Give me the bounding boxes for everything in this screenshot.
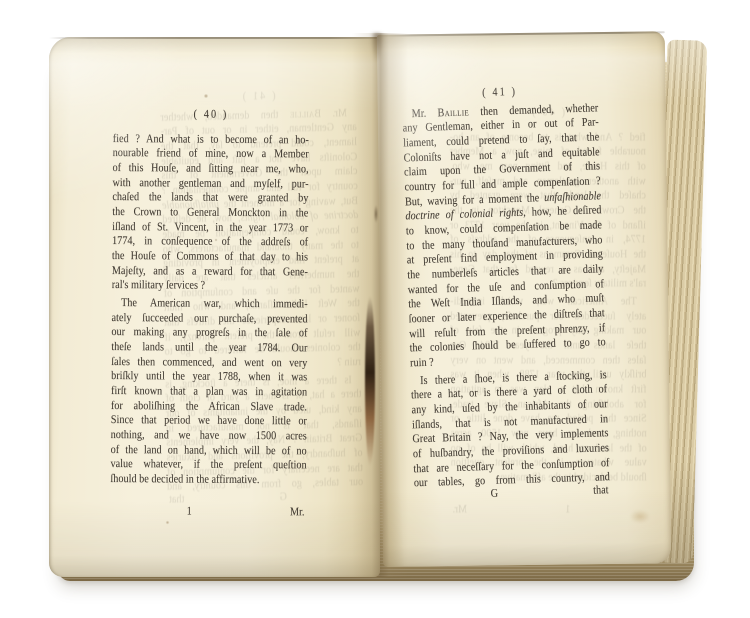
page-40-signature: 1 xyxy=(187,503,192,518)
text-line: with another gentleman and myſelf, pur- xyxy=(112,175,308,191)
text-line: ſales then commenced, and went on very xyxy=(111,354,307,370)
ghost-signature: 1 xyxy=(565,501,570,516)
text-line: nourable friend of mine, now a Member xyxy=(113,145,309,161)
page-40-lines: fied ? And what is to become of an ho-no… xyxy=(110,131,309,487)
text-line: firſt known that a plan was in agitation xyxy=(111,383,307,399)
text-line: Since that period we have done little or xyxy=(111,412,307,428)
page-41-text-block: ( 41 ) Mr. Baillie then demanded, whethe… xyxy=(401,81,610,503)
page-40-catchword: Mr. xyxy=(290,504,305,519)
text-line: ſhould be decided in the affirmative. xyxy=(110,471,306,487)
text-line: chaſed the lands that were granted by xyxy=(112,189,308,205)
text-line: briſkly until the year 1788, when it was xyxy=(111,368,307,384)
text-line: Majeſty, and as a reward for that Gene- xyxy=(112,263,308,279)
text-line: iſland of St. Vincent, in the year 1773 … xyxy=(112,219,308,235)
text-line: ately ſucceeded our purchaſe, prevented xyxy=(111,310,307,326)
page-41-number: ( 41 ) xyxy=(401,81,597,102)
text-line: for aboliſhing the African Slave trade. xyxy=(111,398,307,414)
ghost-header: ( 41 ) xyxy=(160,86,356,105)
page-40-footer: 1 Mr. xyxy=(110,503,306,519)
page-40-number: ( 40 ) xyxy=(113,106,309,122)
text-line: fied ? And what is to become of an ho- xyxy=(113,131,309,147)
text-line: of this Houſe, and ſitting near me, who, xyxy=(113,160,309,176)
text-line: 1774, in conſequence of the addreſs of xyxy=(112,233,308,249)
text-line: nothing, and we have now 1500 acres xyxy=(111,427,307,443)
page-41: ( 40 ) fied ? And what is to become of a… xyxy=(377,31,671,566)
text-line: of the land on hand, which will be of no xyxy=(111,442,307,458)
text-line: theſe lands until the year 1784. Our xyxy=(111,339,307,355)
page-40: ( 41 ) Mr. Baillie then demanded, whethe… xyxy=(49,37,380,577)
ghost-catchword: Mr. xyxy=(453,501,468,516)
page-41-signature: G xyxy=(490,486,498,501)
text-line: the Houſe of Commons of that day to his xyxy=(112,248,308,264)
page-40-text-block: ( 40 ) fied ? And what is to become of a… xyxy=(110,106,309,519)
page-41-catchword: that xyxy=(593,482,609,497)
page-41-lines: Mr. Baillie then demanded, whetherany Ge… xyxy=(402,100,610,490)
book-photo: ( 41 ) Mr. Baillie then demanded, whethe… xyxy=(0,0,750,618)
ghost-footer: 1 Mr. xyxy=(451,501,647,516)
text-line: The American war, which immedi- xyxy=(112,295,308,311)
text-line: our making any progreſs in the ſale of xyxy=(111,324,307,340)
text-line: value whatever, if the preſent queſtion xyxy=(110,456,306,472)
text-line: the Crown to General Monckton in the xyxy=(112,204,308,220)
text-line: ral's military ſervices ? xyxy=(112,277,308,293)
